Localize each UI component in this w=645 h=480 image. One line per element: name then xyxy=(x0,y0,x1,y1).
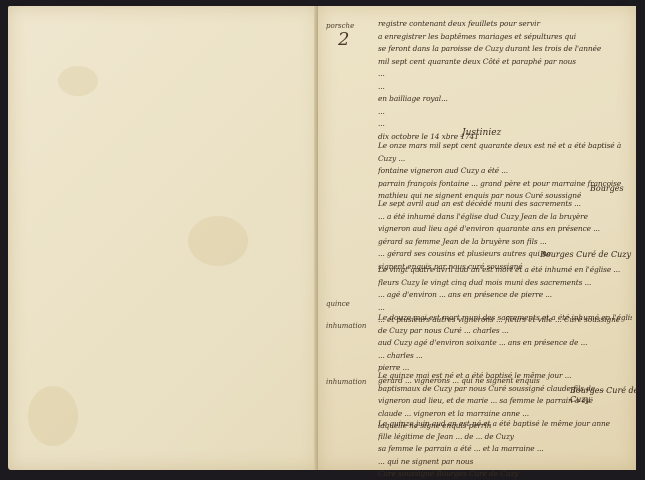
text-line: registre contenant deux feuillets pour s… xyxy=(378,18,632,31)
text-line: sa femme le parrain a été ... et la marr… xyxy=(378,443,632,456)
text-line: ... xyxy=(378,81,632,94)
text-line: Le onze mars mil sept cent quarante deux… xyxy=(378,140,632,153)
left-page-blank xyxy=(8,6,320,470)
text-line: baptismaux de Cuzy par nous Curé soussig… xyxy=(378,383,632,396)
text-line: Le quinze mai est né et a été baptisé le… xyxy=(378,370,632,383)
text-line: ... agé d'environ ... ans en présence de… xyxy=(378,289,632,302)
text-line: fontaine vigneron aud Cuzy a été ... xyxy=(378,165,632,178)
text-line: Curé soussigné Bourges Curé de Cuzy xyxy=(378,468,632,480)
text-line: se feront dans la paroisse de Cuzy duran… xyxy=(378,43,632,56)
register-intro: registre contenant deux feuillets pour s… xyxy=(378,18,632,143)
text-line: fleurs Cuzy le vingt cinq dud mois muni … xyxy=(378,277,632,290)
paper-stain xyxy=(28,386,78,446)
entry-2: Le sept avril aud an est décédé muni des… xyxy=(378,198,632,273)
section-heading: Justiniez xyxy=(462,128,501,138)
text-line: aud Cuzy agé d'environ soixante ... ans … xyxy=(378,337,632,350)
text-line: de Cuzy par nous Curé ... charles ... xyxy=(378,325,632,338)
text-line: ... xyxy=(378,68,632,81)
text-line: ... xyxy=(378,106,632,119)
text-line: a enregistrer les baptêmes mariages et s… xyxy=(378,31,632,44)
text-line: Le vingt quatre avril aud an est mort et… xyxy=(378,264,632,277)
text-line: vigneron aud lieu agé d'environ quarante… xyxy=(378,223,632,236)
text-line: en bailliage royal... xyxy=(378,93,632,106)
margin-note: quince xyxy=(326,300,376,309)
text-line: ... qui ne signent par nous xyxy=(378,456,632,469)
text-line: Le sept avril aud an est décédé muni des… xyxy=(378,198,632,211)
text-line: Cuzy ... xyxy=(378,153,632,166)
text-line: vigneron aud lieu, et de marie ... sa fe… xyxy=(378,395,632,408)
text-line: ... a été inhumé dans l'église dud Cuzy … xyxy=(378,211,632,224)
margin-note-top: porsche 2 xyxy=(326,22,376,49)
signature: Bourges xyxy=(590,184,624,193)
document-spread: porsche 2 registre contenant deux feuill… xyxy=(0,0,645,480)
text-line: gérard sa femme Jean de la bruyère son f… xyxy=(378,236,632,249)
text-line: Le quinze juin aud an est né et a été ba… xyxy=(378,418,632,431)
margin-note: inhumation xyxy=(326,378,376,387)
entry-1: Le onze mars mil sept cent quarante deux… xyxy=(378,140,632,203)
text-line: Le douze mai est mort muni des sacrement… xyxy=(378,312,632,325)
entry-6: Le quinze juin aud an est né et a été ba… xyxy=(378,418,632,480)
text-line: ... charles ... xyxy=(378,350,632,363)
margin-note: inhumation xyxy=(326,322,376,331)
signature: Bourges Curé de Cuzy xyxy=(540,250,631,259)
text-line: mil sept cent quarante deux Côté et para… xyxy=(378,56,632,69)
margin-note-text: porsche xyxy=(326,22,376,31)
text-line: fille légitime de Jean ... de ... de Cuz… xyxy=(378,431,632,444)
text-line: ... xyxy=(378,118,632,131)
paper-stain xyxy=(188,216,248,266)
paper-stain xyxy=(58,66,98,96)
folio-number: 2 xyxy=(338,31,376,49)
